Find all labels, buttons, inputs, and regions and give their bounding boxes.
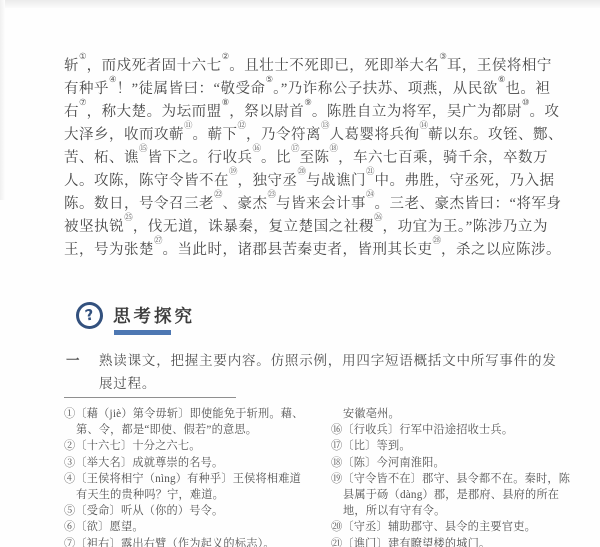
passage-line: 大泽乡，收而攻蕲⑪。蕲下⑫，乃令符离⑬人葛婴将兵徇⑭蕲以东。攻铚、酂、 (64, 119, 548, 142)
exercise-number: 一 (66, 349, 80, 369)
main-passage: 斩①，而戍死者固十六七②。且壮士不死即已，死即举大名③耳，王侯将相宁 有种乎④！… (64, 50, 548, 257)
footnote-line: 地，所以有守有令。 (331, 503, 593, 519)
footnote-line: ⑳〔守丞〕辅助郡守、县令的主要官吏。 (331, 519, 593, 535)
footnote-line: ⑱〔陈〕今河南淮阳。 (331, 455, 593, 471)
textbook-page: 斩①，而戍死者固十六七②。且壮士不死即已，死即举大名③耳，王侯将相宁 有种乎④！… (0, 0, 600, 547)
footnote-line: ⑲〔守令皆不在〕郡守、县令都不在。秦时，陈 (331, 471, 593, 487)
passage-line: 有种乎④！”徒属皆曰：“敬受命⑤。”乃诈称公子扶苏、项燕，从民欲⑥也。袒 (64, 73, 548, 96)
footnote-line: ⑯〔行收兵〕行军中沿途招收士兵。 (331, 422, 593, 438)
question-mark-icon: ? (74, 300, 105, 331)
footnote-line: 第、令，都是“即使、假若”的意思。 (64, 422, 332, 438)
footnotes-left-column: ①〔藉（jiè）第令毋斩〕即使能免于斩刑。藉、 第、令，都是“即使、假若”的意思… (64, 406, 332, 547)
question-mark-glyph: ? (84, 307, 95, 323)
footnote-line: ⑤〔受命〕听从（你的）号令。 (64, 503, 332, 519)
footnote-line: ㉑〔谯门〕建有瞭望楼的城门。 (331, 536, 593, 547)
passage-line: 被坚执锐㉕，伐无道，诛暴秦，复立楚国之社稷㉖，功宜为王。”陈涉乃立为 (64, 211, 548, 234)
passage-line: 人。攻陈，陈守令皆不在⑲，独守丞⑳与战谯门㉑中。弗胜，守丞死，乃入据 (64, 165, 548, 188)
exercise-text-line: 展过程。 (99, 372, 156, 392)
footnote-line: 有天生的贵种吗？宁，难道。 (64, 487, 332, 503)
passage-line: 右⑦，称大楚。为坛而盟⑧，祭以尉首⑨。陈胜自立为将军，吴广为都尉⑩。攻 (64, 96, 548, 119)
passage-line: 王，号为张楚㉗。当此时，诸郡县苦秦吏者，皆刑其长吏㉘，杀之以应陈涉。 (64, 234, 548, 257)
footnote-line: ⑰〔比〕等到。 (331, 438, 593, 454)
footnote-line: ①〔藉（jiè）第令毋斩〕即使能免于斩刑。藉、 (64, 406, 332, 422)
footnote-line: ③〔举大名〕成就尊崇的名号。 (64, 455, 332, 471)
footnote-line: 安徽亳州。 (331, 406, 593, 422)
page-top-edge (0, 0, 600, 8)
section-title: 思考探究 (113, 303, 195, 328)
footnote-separator-line (64, 397, 236, 398)
passage-line: 斩①，而戍死者固十六七②。且壮士不死即已，死即举大名③耳，王侯将相宁 (64, 50, 548, 73)
section-title-underline (114, 330, 171, 335)
footnote-line: ④〔王侯将相宁（nìng）有种乎〕王侯将相难道 (64, 471, 332, 487)
footnotes-right-column: 安徽亳州。 ⑯〔行收兵〕行军中沿途招收士兵。 ⑰〔比〕等到。 ⑱〔陈〕今河南淮阳… (331, 406, 593, 547)
footnote-line: ②〔十六七〕十分之六七。 (64, 438, 332, 454)
passage-line: 苦、柘、谯⑮皆下之。行收兵⑯。比⑰至陈⑱，车六七百乘，骑千余，卒数万 (64, 142, 548, 165)
page-left-edge (0, 0, 5, 200)
footnote-line: 县属于砀（dàng）郡，是郡府、县府的所在 (331, 487, 593, 503)
footnote-line: ⑦〔袒右〕露出右臂（作为起义的标志）。 (64, 536, 332, 547)
exercise-text-line: 熟读课文，把握主要内容。仿照示例，用四字短语概括文中所写事件的发 (99, 349, 549, 369)
footnote-line: ⑥〔欲〕愿望。 (64, 519, 332, 535)
passage-line: 陈。数日，号令召三老㉒、豪杰㉓与皆来会计事㉔。三老、豪杰皆曰：“将军身 (64, 188, 548, 211)
